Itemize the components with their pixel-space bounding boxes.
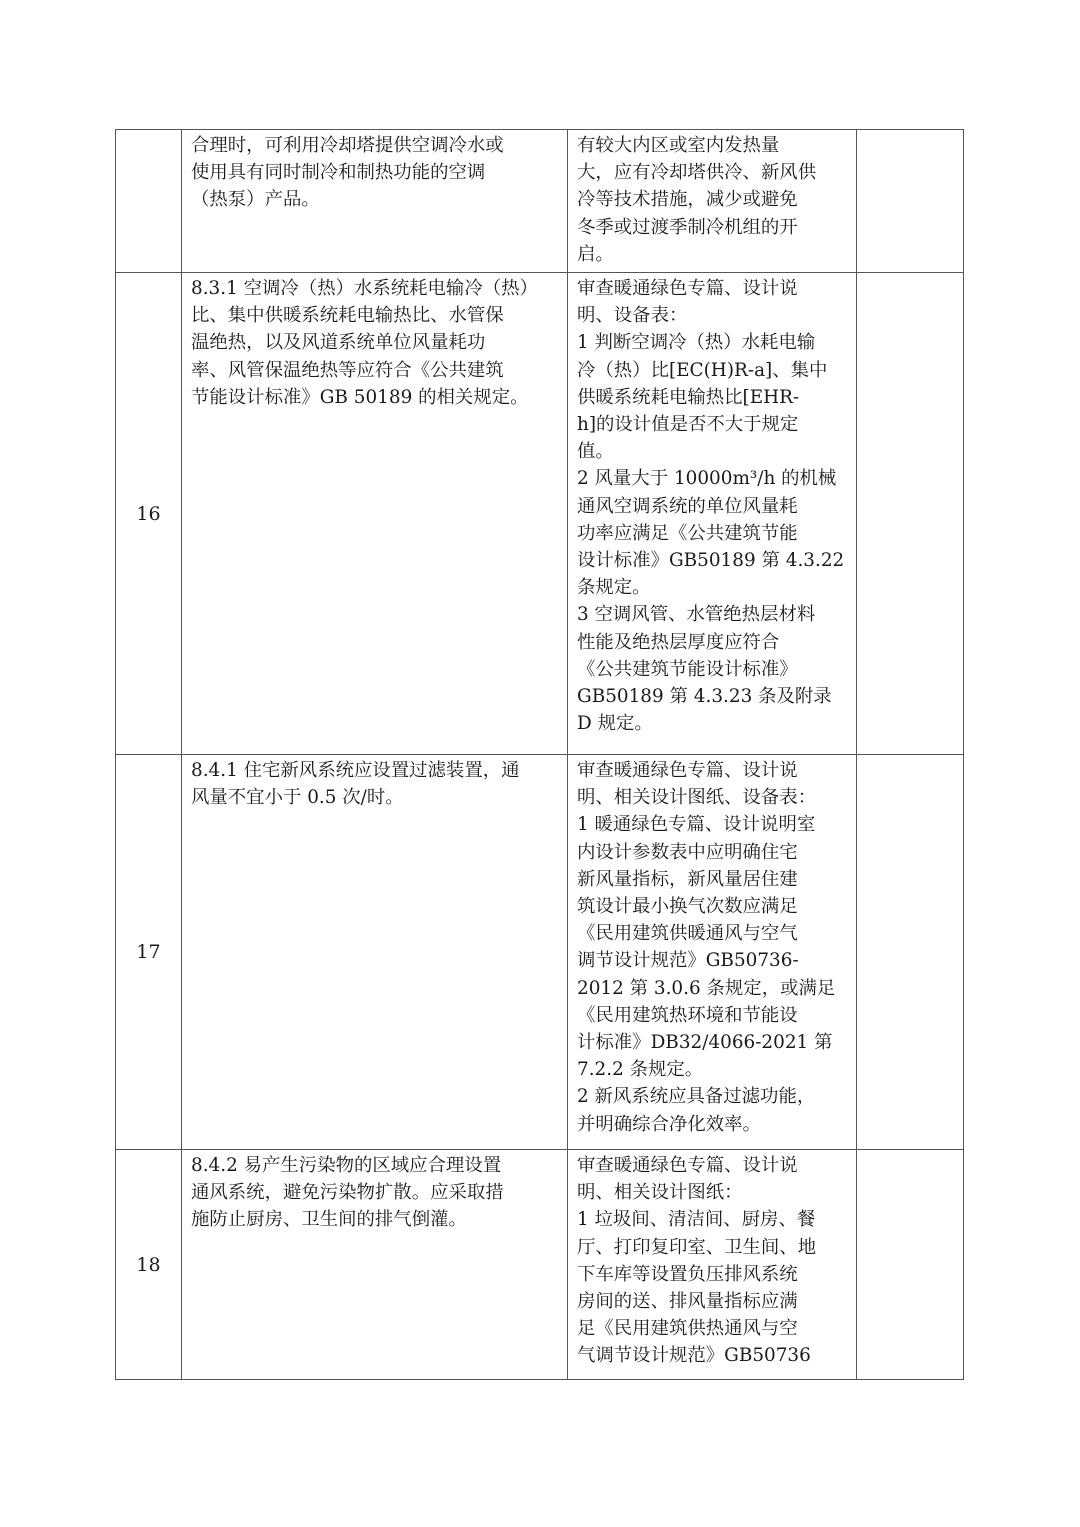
review-method-cell-line: 2012 第 3.0.6 条规定，或满足 — [577, 975, 848, 1002]
review-method-cell-line: 审查暖通绿色专篇、设计说 — [577, 275, 848, 302]
requirement-cell-line: 比、集中供暖系统耗电输热比、水管保 — [191, 302, 559, 329]
review-method-cell-line: 足《民用建筑供热通风与空 — [577, 1315, 848, 1342]
review-method-cell-line: 明、相关设计图纸、设备表： — [577, 784, 848, 811]
review-method-cell-line: 值。 — [577, 438, 848, 465]
remarks-cell — [857, 755, 964, 1150]
review-method-cell-line: 有较大内区或室内发热量 — [577, 132, 848, 159]
requirement-cell-line: 施防止厨房、卫生间的排气倒灌。 — [191, 1206, 559, 1233]
requirement-cell-line: 温绝热，以及风道系统单位风量耗功 — [191, 329, 559, 356]
review-method-cell-line: 筑设计最小换气次数应满足 — [577, 893, 848, 920]
requirement-cell: 8.3.1 空调冷（热）水系统耗电输冷（热）比、集中供暖系统耗电输热比、水管保温… — [182, 273, 568, 755]
review-method-cell-line: 设计标准》GB50189 第 4.3.22 — [577, 547, 848, 574]
review-table: 合理时，可利用冷却塔提供空调冷水或使用具有同时制冷和制热功能的空调（热泵）产品。… — [115, 129, 964, 1380]
remarks-cell — [857, 130, 964, 273]
review-method-cell-line: 1 暖通绿色专篇、设计说明室 — [577, 811, 848, 838]
requirement-cell-line: 使用具有同时制冷和制热功能的空调 — [191, 159, 559, 186]
row-number-cell: 16 — [116, 273, 182, 755]
row-number-cell: 18 — [116, 1150, 182, 1380]
review-method-cell-line: 内设计参数表中应明确住宅 — [577, 839, 848, 866]
review-method-cell-line: GB50189 第 4.3.23 条及附录 — [577, 683, 848, 710]
review-method-cell-line: 1 垃圾间、清洁间、厨房、餐 — [577, 1206, 848, 1233]
review-method-cell-line: 气调节设计规范》GB50736 — [577, 1342, 848, 1369]
review-method-cell-line: 7.2.2 条规定。 — [577, 1056, 848, 1083]
review-method-cell-line: 并明确综合净化效率。 — [577, 1111, 848, 1138]
remarks-cell — [857, 273, 964, 755]
requirement-cell-line: 风量不宜小于 0.5 次/时。 — [191, 784, 559, 811]
requirement-cell-line: 率、风管保温绝热等应符合《公共建筑 — [191, 357, 559, 384]
review-method-cell-line: D 规定。 — [577, 710, 848, 737]
table-row: 178.4.1 住宅新风系统应设置过滤装置，通风量不宜小于 0.5 次/时。审查… — [116, 755, 964, 1150]
review-method-cell: 审查暖通绿色专篇、设计说明、设备表：1 判断空调冷（热）水耗电输冷（热）比[EC… — [568, 273, 857, 755]
review-method-cell-line: 审查暖通绿色专篇、设计说 — [577, 1152, 848, 1179]
remarks-cell — [857, 1150, 964, 1380]
review-method-cell-line: 厅、打印复印室、卫生间、地 — [577, 1234, 848, 1261]
review-method-cell-line: 通风空调系统的单位风量耗 — [577, 493, 848, 520]
review-method-cell-line: 《民用建筑供暖通风与空气 — [577, 920, 848, 947]
requirement-cell-line: （热泵）产品。 — [191, 186, 559, 213]
requirement-cell: 8.4.1 住宅新风系统应设置过滤装置，通风量不宜小于 0.5 次/时。 — [182, 755, 568, 1150]
review-method-cell-line: 审查暖通绿色专篇、设计说 — [577, 757, 848, 784]
review-method-cell: 审查暖通绿色专篇、设计说明、相关设计图纸、设备表：1 暖通绿色专篇、设计说明室内… — [568, 755, 857, 1150]
review-method-cell-line: 2 新风系统应具备过滤功能， — [577, 1083, 848, 1110]
review-method-cell: 有较大内区或室内发热量大，应有冷却塔供冷、新风供冷等技术措施，减少或避免冬季或过… — [568, 130, 857, 273]
requirement-cell-line: 8.3.1 空调冷（热）水系统耗电输冷（热） — [191, 275, 559, 302]
review-method-cell-line: 下车库等设置负压排风系统 — [577, 1261, 848, 1288]
review-method-cell-line: 条规定。 — [577, 574, 848, 601]
requirement-cell-line: 节能设计标准》GB 50189 的相关规定。 — [191, 384, 559, 411]
requirement-cell: 合理时，可利用冷却塔提供空调冷水或使用具有同时制冷和制热功能的空调（热泵）产品。 — [182, 130, 568, 273]
review-method-cell-line: 2 风量大于 10000m³/h 的机械 — [577, 465, 848, 492]
review-method-cell-line: 《公共建筑节能设计标准》 — [577, 656, 848, 683]
review-method-cell-line: 1 判断空调冷（热）水耗电输 — [577, 329, 848, 356]
review-method-cell-line: 新风量指标，新风量居住建 — [577, 866, 848, 893]
review-method-cell-line: 计标准》DB32/4066-2021 第 — [577, 1029, 848, 1056]
review-method-cell-line: 《民用建筑热环境和节能设 — [577, 1002, 848, 1029]
review-method-cell-line: 大，应有冷却塔供冷、新风供 — [577, 159, 848, 186]
review-method-cell-line: 调节设计规范》GB50736- — [577, 947, 848, 974]
requirement-cell-line: 合理时，可利用冷却塔提供空调冷水或 — [191, 132, 559, 159]
row-number-cell — [116, 130, 182, 273]
table-row: 合理时，可利用冷却塔提供空调冷水或使用具有同时制冷和制热功能的空调（热泵）产品。… — [116, 130, 964, 273]
row-number-cell: 17 — [116, 755, 182, 1150]
review-method-cell: 审查暖通绿色专篇、设计说明、相关设计图纸：1 垃圾间、清洁间、厨房、餐厅、打印复… — [568, 1150, 857, 1380]
review-method-cell-line: 3 空调风管、水管绝热层材料 — [577, 601, 848, 628]
requirement-cell: 8.4.2 易产生污染物的区域应合理设置通风系统，避免污染物扩散。应采取措施防止… — [182, 1150, 568, 1380]
review-method-cell-line: 启。 — [577, 241, 848, 268]
review-method-cell-line: h]的设计值是否不大于规定 — [577, 411, 848, 438]
review-method-cell-line: 供暖系统耗电输热比[EHR- — [577, 384, 848, 411]
requirement-cell-line: 8.4.1 住宅新风系统应设置过滤装置，通 — [191, 757, 559, 784]
review-method-cell-line: 性能及绝热层厚度应符合 — [577, 629, 848, 656]
review-method-cell-line: 冬季或过渡季制冷机组的开 — [577, 214, 848, 241]
table-row: 188.4.2 易产生污染物的区域应合理设置通风系统，避免污染物扩散。应采取措施… — [116, 1150, 964, 1380]
requirement-cell-line: 8.4.2 易产生污染物的区域应合理设置 — [191, 1152, 559, 1179]
table-row: 168.3.1 空调冷（热）水系统耗电输冷（热）比、集中供暖系统耗电输热比、水管… — [116, 273, 964, 755]
review-method-cell-line: 明、相关设计图纸： — [577, 1179, 848, 1206]
review-method-cell-line: 冷（热）比[EC(H)R-a]、集中 — [577, 357, 848, 384]
requirement-cell-line: 通风系统，避免污染物扩散。应采取措 — [191, 1179, 559, 1206]
review-method-cell-line: 明、设备表： — [577, 302, 848, 329]
review-method-cell-line: 功率应满足《公共建筑节能 — [577, 520, 848, 547]
review-method-cell-line: 冷等技术措施，减少或避免 — [577, 186, 848, 213]
review-method-cell-line: 房间的送、排风量指标应满 — [577, 1288, 848, 1315]
